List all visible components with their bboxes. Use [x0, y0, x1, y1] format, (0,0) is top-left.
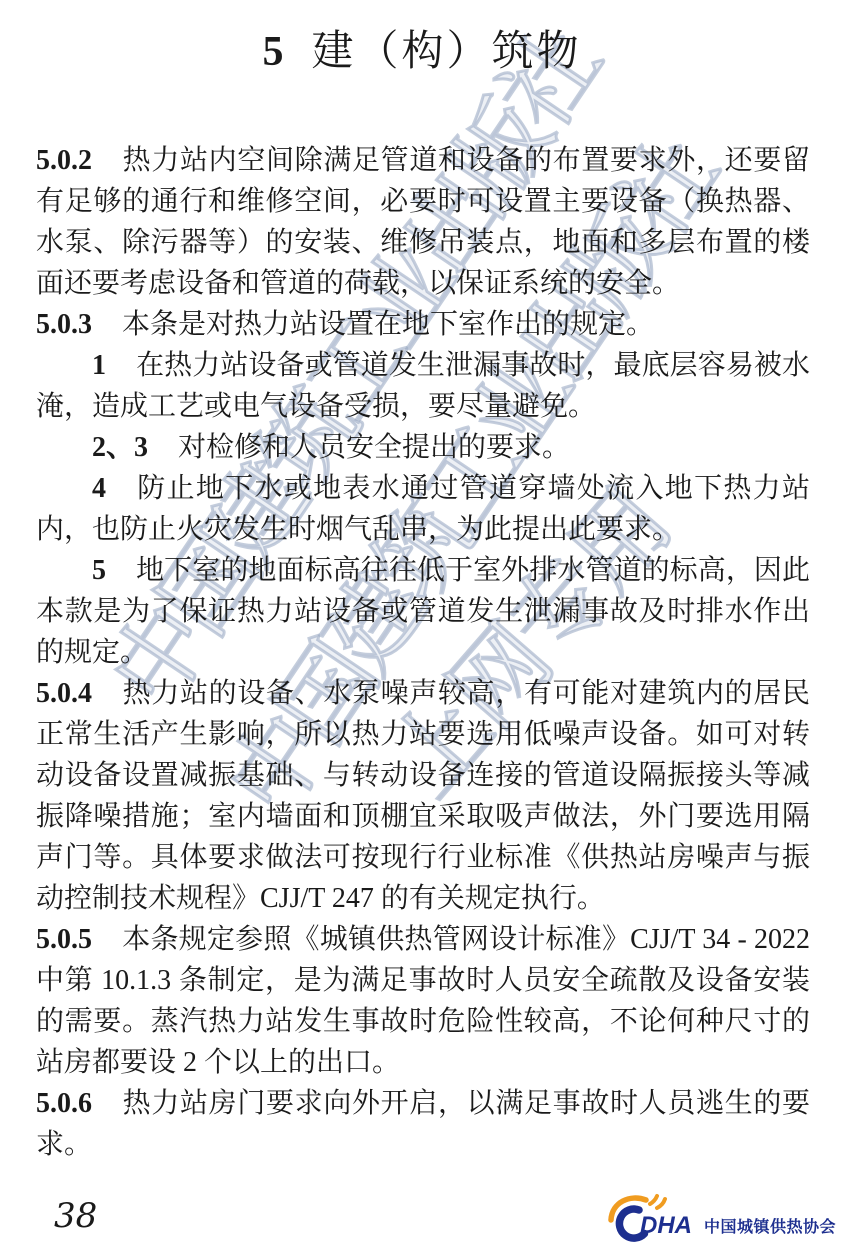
association-logo: DHA 中国城镇供热协会 [606, 1192, 842, 1254]
clause-text: 热力站的设备、水泵噪声较高，有可能对建筑内的居民正常生活产生影响，所以热力站要选… [36, 678, 810, 914]
clause-text: 在热力站设备或管道发生泄漏事故时，最底层容易被水淹，造成工艺或电气设备受损，要尽… [36, 350, 810, 422]
paragraph: 5.0.6热力站房门要求向外开启，以满足事故时人员逃生的要求。 [36, 1083, 810, 1165]
document-body: 5.0.2热力站内空间除满足管道和设备的布置要求外，还要留有足够的通行和维修空间… [36, 140, 810, 1165]
chapter-title: 5建（构）筑物 [0, 26, 844, 78]
chapter-number: 5 [262, 29, 283, 75]
clause-number: 4 [92, 473, 106, 504]
clause-text: 热力站内空间除满足管道和设备的布置要求外，还要留有足够的通行和维修空间，必要时可… [36, 145, 810, 299]
clause-text: 地下室的地面标高往往低于室外排水管道的标高，因此本款是为了保证热力站设备或管道发… [36, 555, 810, 668]
clause-number: 5.0.3 [36, 309, 92, 340]
chapter-title-text: 建（构）筑物 [311, 29, 581, 75]
clause-number: 2、3 [92, 432, 148, 463]
paragraph: 5.0.5本条规定参照《城镇供热管网设计标准》CJJ/T 34 - 2022 中… [36, 919, 810, 1083]
clause-number: 5.0.6 [36, 1088, 92, 1119]
clause-number: 5.0.5 [36, 924, 92, 955]
page-number: 38 [54, 1196, 97, 1236]
clause-text: 防止地下水或地表水通过管道穿墙处流入地下热力站内，也防止火灾发生时烟气乱串，为此… [36, 473, 810, 545]
paragraph: 2、3对检修和人员安全提出的要求。 [36, 427, 810, 468]
paragraph: 1在热力站设备或管道发生泄漏事故时，最底层容易被水淹，造成工艺或电气设备受损，要… [36, 345, 810, 427]
clause-text: 热力站房门要求向外开启，以满足事故时人员逃生的要求。 [36, 1088, 810, 1160]
clause-text: 对检修和人员安全提出的要求。 [178, 432, 570, 463]
scanned-document-page: { "page": { "title_number": "5", "title_… [0, 0, 844, 1258]
paragraph: 5.0.3本条是对热力站设置在地下室作出的规定。 [36, 304, 810, 345]
clause-text: 本条规定参照《城镇供热管网设计标准》CJJ/T 34 - 2022 中第 10.… [36, 924, 810, 1078]
clause-number: 5 [92, 555, 106, 586]
clause-text: 本条是对热力站设置在地下室作出的规定。 [122, 309, 654, 340]
logo-acronym: DHA [640, 1214, 692, 1238]
paragraph: 5.0.2热力站内空间除满足管道和设备的布置要求外，还要留有足够的通行和维修空间… [36, 140, 810, 304]
paragraph: 5.0.4热力站的设备、水泵噪声较高，有可能对建筑内的居民正常生活产生影响，所以… [36, 673, 810, 919]
clause-number: 5.0.4 [36, 678, 92, 709]
clause-number: 5.0.2 [36, 145, 92, 176]
clause-number: 1 [92, 350, 106, 381]
logo-association-name: 中国城镇供热协会 [704, 1219, 836, 1237]
paragraph: 5地下室的地面标高往往低于室外排水管道的标高，因此本款是为了保证热力站设备或管道… [36, 550, 810, 673]
paragraph: 4防止地下水或地表水通过管道穿墙处流入地下热力站内，也防止火灾发生时烟气乱串，为… [36, 468, 810, 550]
